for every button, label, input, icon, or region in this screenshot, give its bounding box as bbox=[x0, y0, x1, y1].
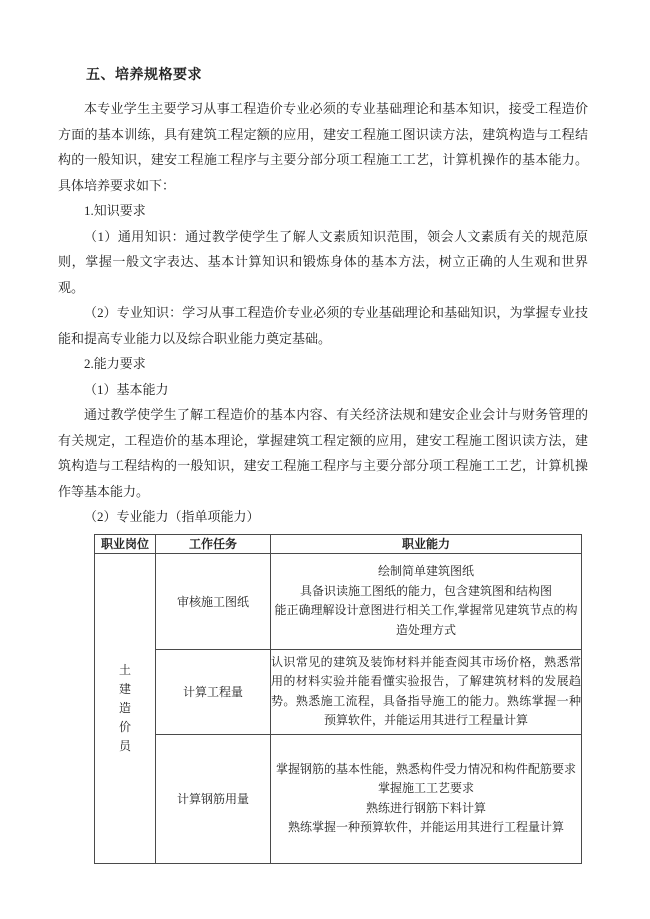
ability-lines: 认识常见的建筑及装饰材料并能查阅其市场价格，熟悉常用的材料实验并能看懂实验报告，… bbox=[271, 653, 581, 731]
ability-line: 熟练进行钢筋下料计算 bbox=[271, 799, 581, 819]
header-task: 工作任务 bbox=[156, 534, 271, 553]
paragraph-basic-ability: 通过教学使学生了解工程造价的基本内容、有关经济法规和建安企业会计与财务管理的有关… bbox=[58, 402, 588, 504]
table-header-row: 职业岗位 工作任务 职业能力 bbox=[95, 534, 582, 553]
ability-line: 掌握施工工艺要求 bbox=[271, 779, 581, 799]
table-row: 计算工程量 认识常见的建筑及装饰材料并能查阅其市场价格，熟悉常用的材料实验并能看… bbox=[95, 649, 582, 734]
ability-cell: 认识常见的建筑及装饰材料并能查阅其市场价格，熟悉常用的材料实验并能看懂实验报告，… bbox=[271, 649, 582, 734]
header-post: 职业岗位 bbox=[95, 534, 156, 553]
heading-basic-ability: （1）基本能力 bbox=[58, 377, 588, 403]
task-cell: 计算工程量 bbox=[156, 649, 271, 734]
paragraph-intro: 本专业学生主要学习从事工程造价专业必须的专业基础理论和基本知识，接受工程造价方面… bbox=[58, 96, 588, 198]
post-cell: 土建造价员 bbox=[95, 553, 156, 863]
section-title: 五、培养规格要求 bbox=[58, 67, 588, 85]
heading-ability-requirements: 2.能力要求 bbox=[58, 351, 588, 377]
post-label: 土建造价员 bbox=[119, 661, 132, 756]
professional-ability-table: 职业岗位 工作任务 职业能力 土建造价员 审核施工图纸 绘制简单建筑图纸具备识读… bbox=[94, 534, 582, 864]
task-cell: 计算钢筋用量 bbox=[156, 734, 271, 863]
document-page: 五、培养规格要求 本专业学生主要学习从事工程造价专业必须的专业基础理论和基本知识… bbox=[0, 0, 650, 919]
ability-line: 具备识读施工图纸的能力，包含建筑图和结构图 bbox=[271, 582, 581, 602]
ability-line: 掌握钢筋的基本性能，熟悉构件受力情况和构件配筋要求 bbox=[271, 760, 581, 780]
table-row: 土建造价员 审核施工图纸 绘制简单建筑图纸具备识读施工图纸的能力，包含建筑图和结… bbox=[95, 553, 582, 649]
table-row: 计算钢筋用量 掌握钢筋的基本性能，熟悉构件受力情况和构件配筋要求掌握施工工艺要求… bbox=[95, 734, 582, 863]
ability-line: 绘制简单建筑图纸 bbox=[271, 562, 581, 582]
ability-line: 熟练掌握一种预算软件，并能运用其进行工程量计算 bbox=[271, 818, 581, 838]
body-text: 本专业学生主要学习从事工程造价专业必须的专业基础理论和基本知识，接受工程造价方面… bbox=[58, 96, 588, 530]
ability-cell: 绘制简单建筑图纸具备识读施工图纸的能力，包含建筑图和结构图能正确理解设计意图进行… bbox=[271, 553, 582, 649]
heading-knowledge-requirements: 1.知识要求 bbox=[58, 198, 588, 224]
heading-professional-ability: （2）专业能力（指单项能力） bbox=[58, 504, 588, 530]
task-cell: 审核施工图纸 bbox=[156, 553, 271, 649]
ability-line: 认识常见的建筑及装饰材料并能查阅其市场价格，熟悉常用的材料实验并能看懂实验报告，… bbox=[271, 653, 581, 731]
paragraph-general-knowledge: （1）通用知识：通过教学使学生了解人文素质知识范围，领会人文素质有关的规范原则，… bbox=[58, 224, 588, 301]
ability-cell: 掌握钢筋的基本性能，熟悉构件受力情况和构件配筋要求掌握施工工艺要求熟练进行钢筋下… bbox=[271, 734, 582, 863]
paragraph-professional-knowledge: （2）专业知识：学习从事工程造价专业必须的专业基础理论和基础知识，为掌握专业技能… bbox=[58, 300, 588, 351]
ability-lines: 掌握钢筋的基本性能，熟悉构件受力情况和构件配筋要求掌握施工工艺要求熟练进行钢筋下… bbox=[271, 760, 581, 838]
ability-line: 能正确理解设计意图进行相关工作,掌握常见建筑节点的构造处理方式 bbox=[271, 601, 581, 640]
header-ability: 职业能力 bbox=[271, 534, 582, 553]
ability-lines: 绘制简单建筑图纸具备识读施工图纸的能力，包含建筑图和结构图能正确理解设计意图进行… bbox=[271, 562, 581, 640]
